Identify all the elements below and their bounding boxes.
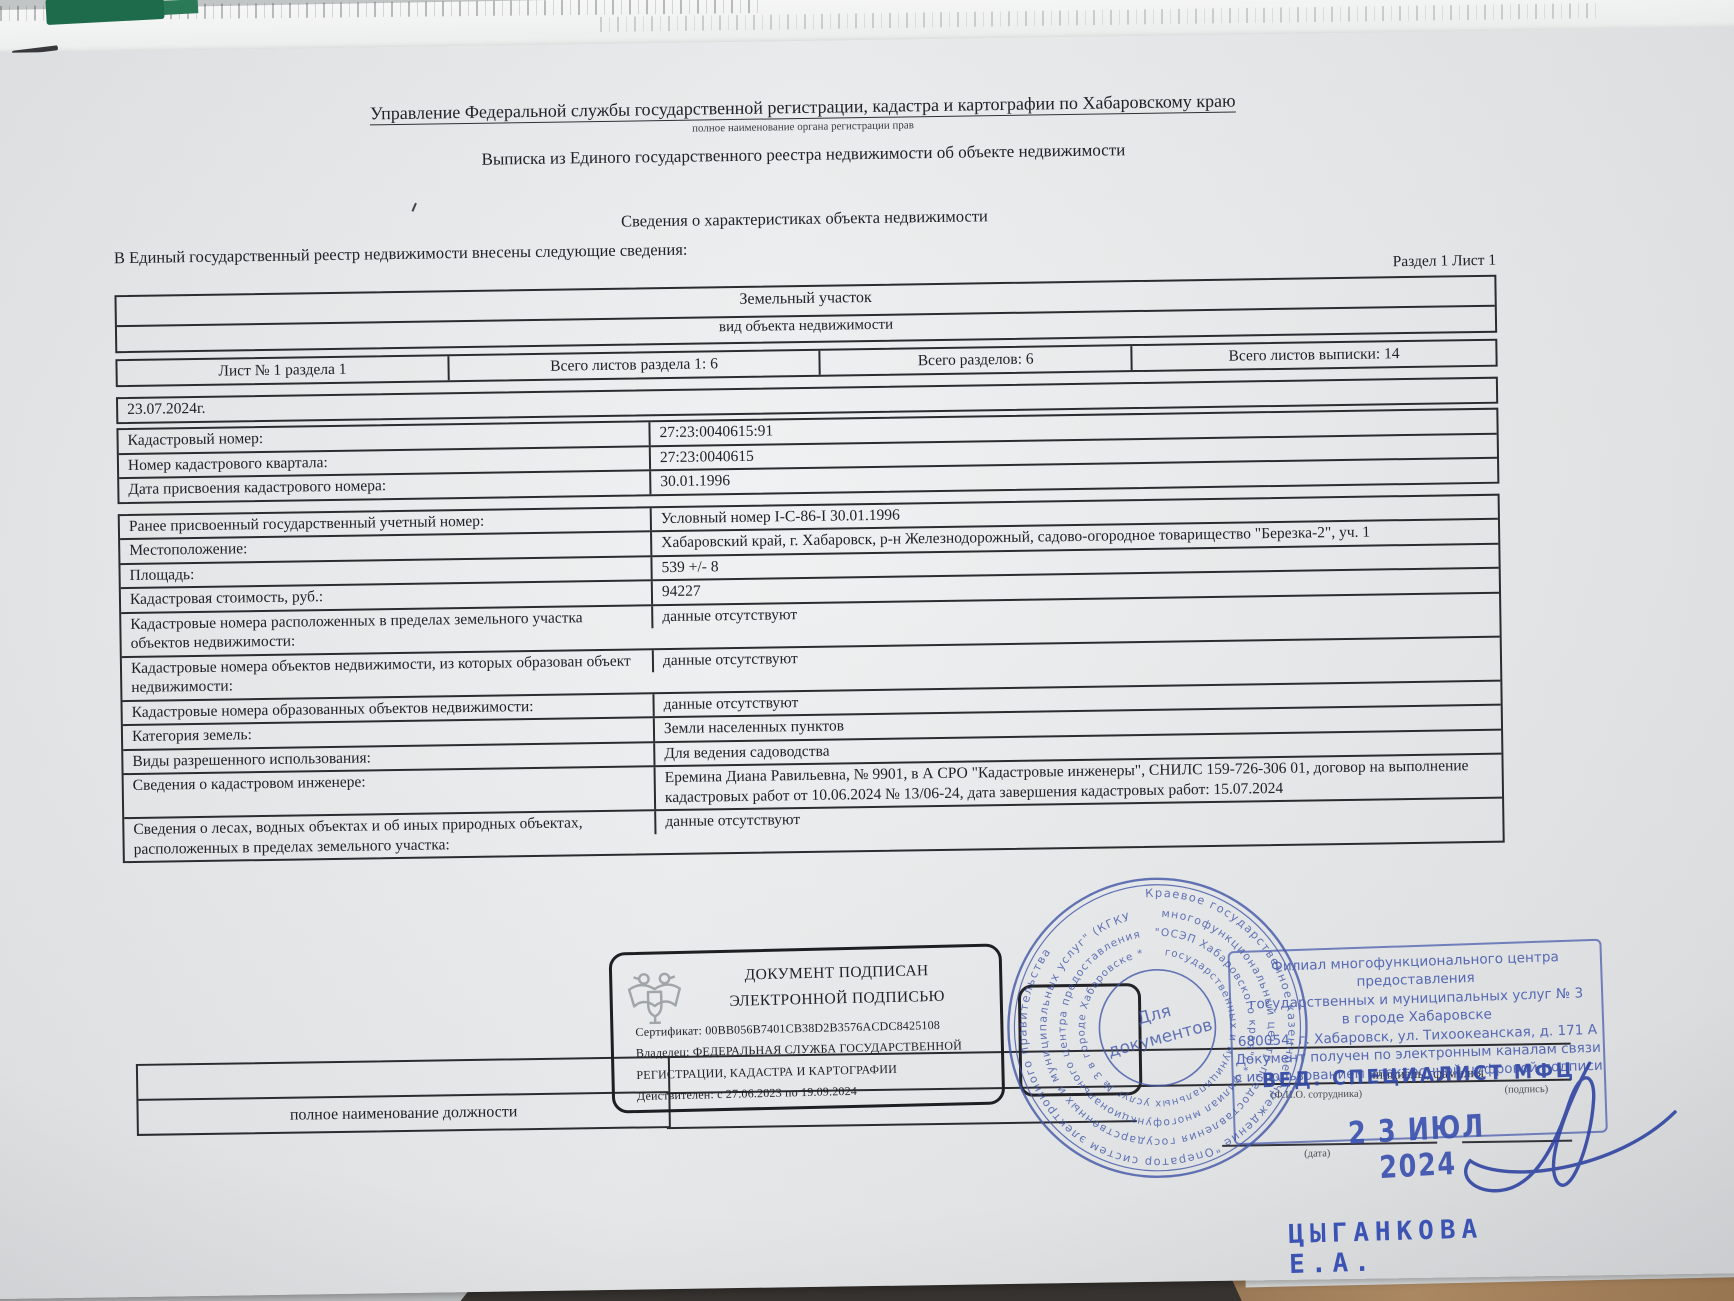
handwritten-signature	[1413, 1050, 1712, 1236]
row-label: Кадастровые номера объектов недвижимости…	[122, 650, 653, 700]
document-sheet: Управление Федеральной службы государств…	[0, 27, 1734, 1300]
sheet-info-cell: Всего листов выписки: 14	[1130, 341, 1495, 370]
document-content: Управление Федеральной службы государств…	[111, 59, 1511, 1279]
cadastral-table: Кадастровый номер: 27:23:0040615:91 Номе…	[116, 408, 1499, 504]
position-box: полное наименование должности	[136, 1056, 671, 1136]
coat-of-arms-icon	[624, 966, 685, 1027]
sheet-info-cell: Всего разделов: 6	[819, 346, 1131, 375]
sheet-info-cell: Лист № 1 раздела 1	[117, 356, 447, 385]
round-stamp-center-line1: Для	[1135, 1001, 1173, 1029]
row-label: Сведения о лесах, водных объектах и об и…	[124, 811, 655, 861]
document-title: Выписка из Единого государственного реес…	[112, 135, 1494, 175]
photo-of-egrn-extract: Управление Федеральной службы государств…	[0, 0, 1734, 1301]
sheet-info-cell: Всего листов раздела 1: 6	[447, 351, 819, 381]
row-label: Кадастровые номера расположенных в преде…	[121, 606, 652, 656]
esign-stamp: ДОКУМЕНТ ПОДПИСАН ЭЛЕКТРОННОЙ ПОДПИСЬЮ С…	[609, 943, 1006, 1113]
pen-tick-mark	[411, 203, 416, 212]
details-table: Ранее присвоенный государственный учетны…	[118, 493, 1505, 863]
position-caption: полное наименование должности	[138, 1091, 668, 1134]
